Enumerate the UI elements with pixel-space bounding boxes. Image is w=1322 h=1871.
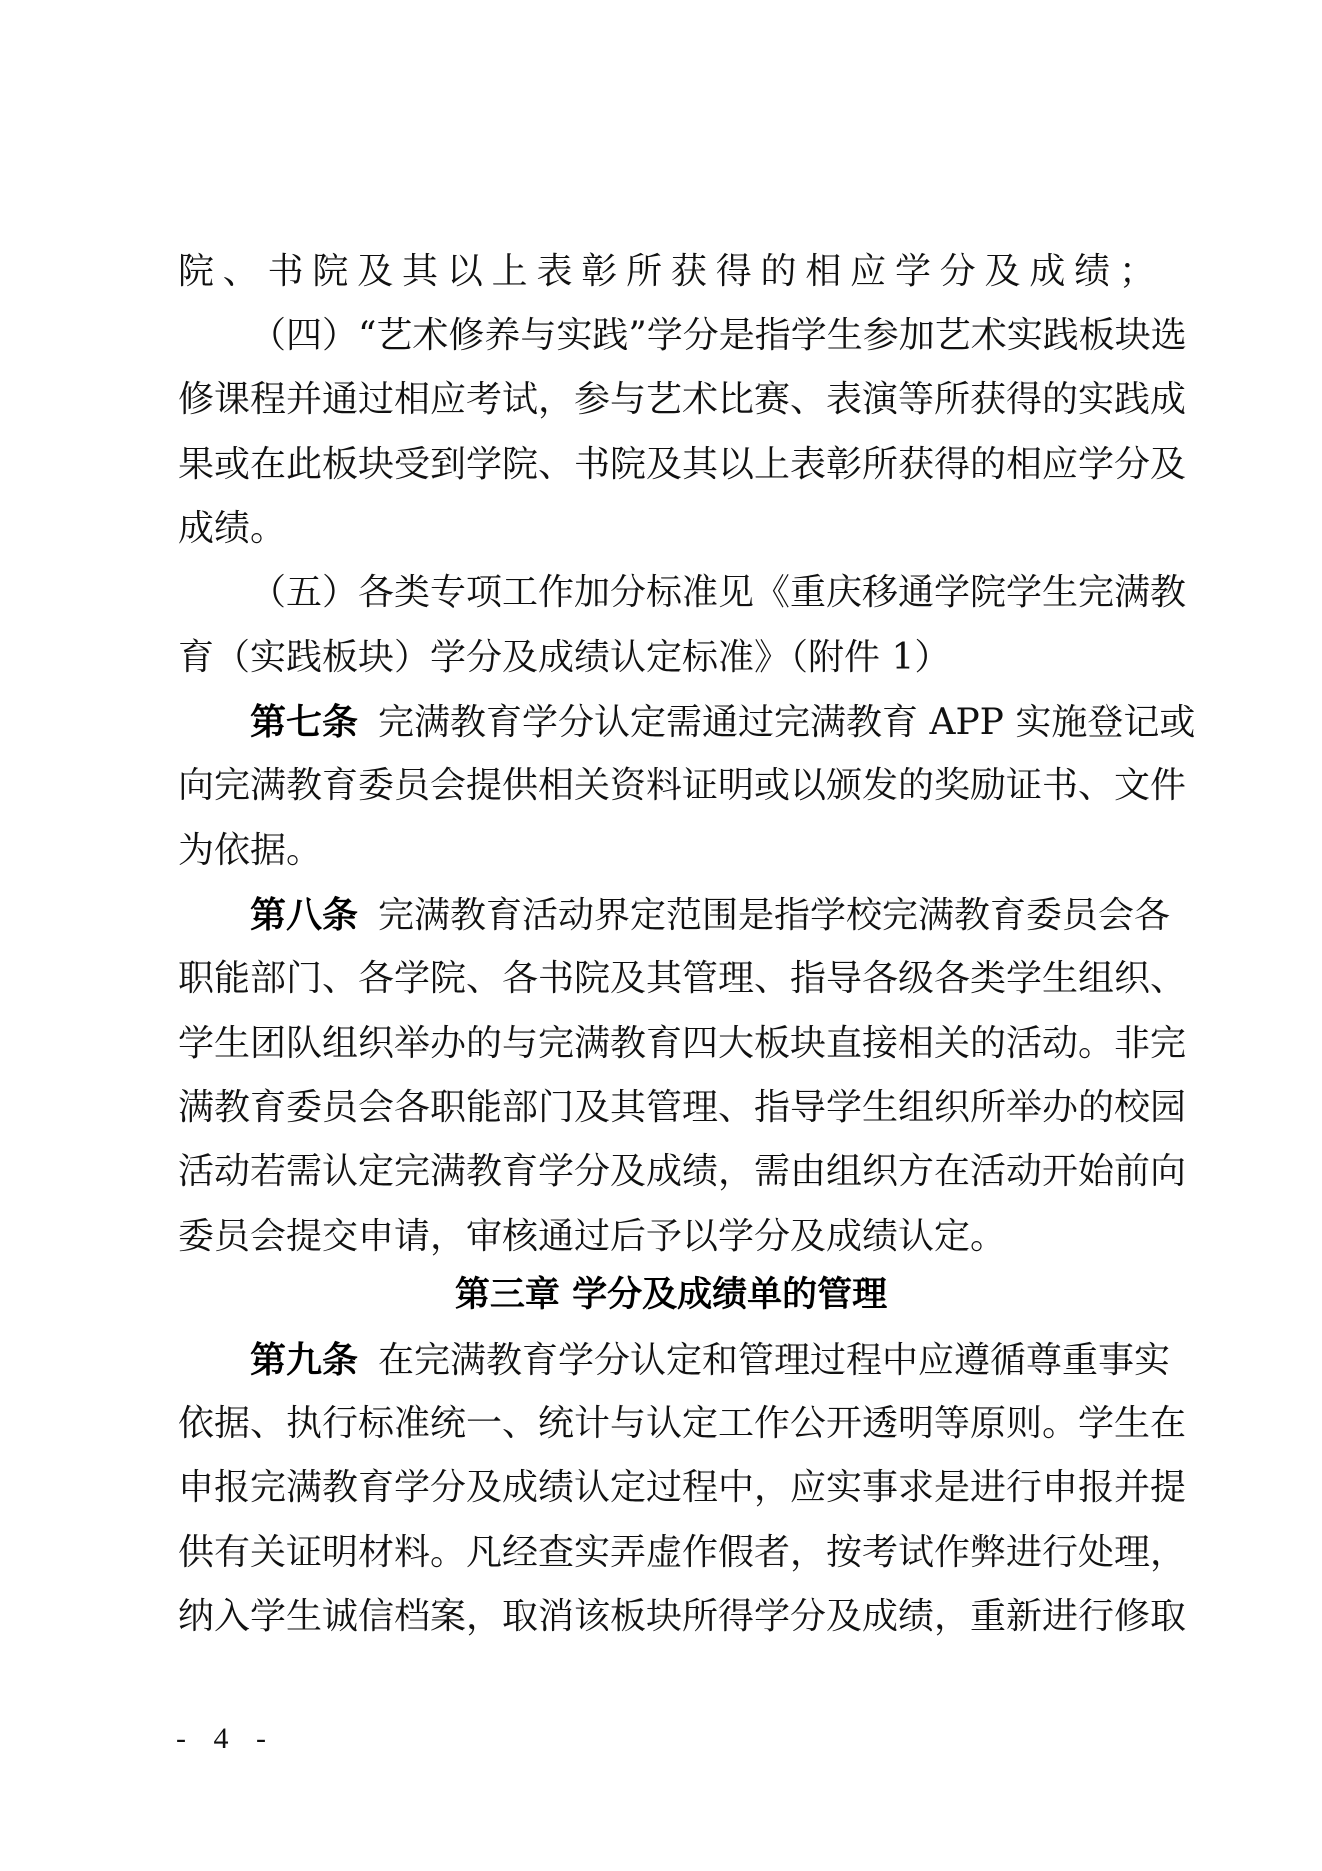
- article-text: 完满教育活动界定范围是指学校完满教育委员会各: [378, 895, 1170, 936]
- text-line: 果或在此板块受到学院、书院及其以上表彰所获得的相应学分及: [178, 437, 1155, 493]
- article-text: 完满教育学分认定需通过完满教育 APP 实施登记或: [378, 702, 1195, 743]
- text-line: 纳入学生诚信档案，取消该板块所得学分及成绩，重新进行修取: [178, 1589, 1155, 1645]
- text-line: 学生团队组织举办的与完满教育四大板块直接相关的活动。非完: [178, 1016, 1155, 1072]
- text-line: （四）“艺术修养与实践”学分是指学生参加艺术实践板块选: [250, 308, 1155, 364]
- text-line: 依据、执行标准统一、统计与认定工作公开透明等原则。学生在: [178, 1396, 1155, 1452]
- text-line: 委员会提交申请，审核通过后予以学分及成绩认定。: [178, 1209, 1155, 1265]
- page-number: - 4 -: [176, 1722, 276, 1756]
- article-label: 第七条: [250, 701, 358, 743]
- text-line: 院、书院及其以上表彰所获得的相应学分及成绩；: [178, 244, 1155, 300]
- text-line: 成绩。: [178, 501, 1155, 557]
- text-line: 满教育委员会各职能部门及其管理、指导学生组织所举办的校园: [178, 1080, 1155, 1136]
- text-line: 向完满教育委员会提供相关资料证明或以颁发的奖励证书、文件: [178, 758, 1155, 814]
- text-line: 为依据。: [178, 823, 1155, 879]
- article-8-first-line: 第八条完满教育活动界定范围是指学校完满教育委员会各: [250, 887, 1155, 943]
- text-line: 申报完满教育学分及成绩认定过程中，应实事求是进行申报并提: [178, 1460, 1155, 1516]
- text-line: 育（实践板块）学分及成绩认定标准》（附件 1）: [178, 630, 1155, 686]
- article-label: 第八条: [250, 894, 358, 936]
- article-9-first-line: 第九条在完满教育学分认定和管理过程中应遵循尊重事实: [250, 1332, 1155, 1388]
- text-line: 修课程并通过相应考试，参与艺术比赛、表演等所获得的实践成: [178, 372, 1155, 428]
- text-line: 职能部门、各学院、各书院及其管理、指导各级各类学生组织、: [178, 951, 1155, 1007]
- article-text: 在完满教育学分认定和管理过程中应遵循尊重事实: [378, 1340, 1170, 1381]
- text-line: （五）各类专项工作加分标准见《重庆移通学院学生完满教: [250, 565, 1155, 621]
- document-page: 院、书院及其以上表彰所获得的相应学分及成绩； （四）“艺术修养与实践”学分是指学…: [0, 0, 1322, 1871]
- article-label: 第九条: [250, 1339, 358, 1381]
- chapter-heading: 第三章 学分及成绩单的管理: [0, 1267, 1322, 1323]
- article-7-first-line: 第七条完满教育学分认定需通过完满教育 APP 实施登记或: [250, 694, 1155, 750]
- text-line: 活动若需认定完满教育学分及成绩，需由组织方在活动开始前向: [178, 1144, 1155, 1200]
- text-line: 供有关证明材料。凡经查实弄虚作假者，按考试作弊进行处理，: [178, 1525, 1155, 1581]
